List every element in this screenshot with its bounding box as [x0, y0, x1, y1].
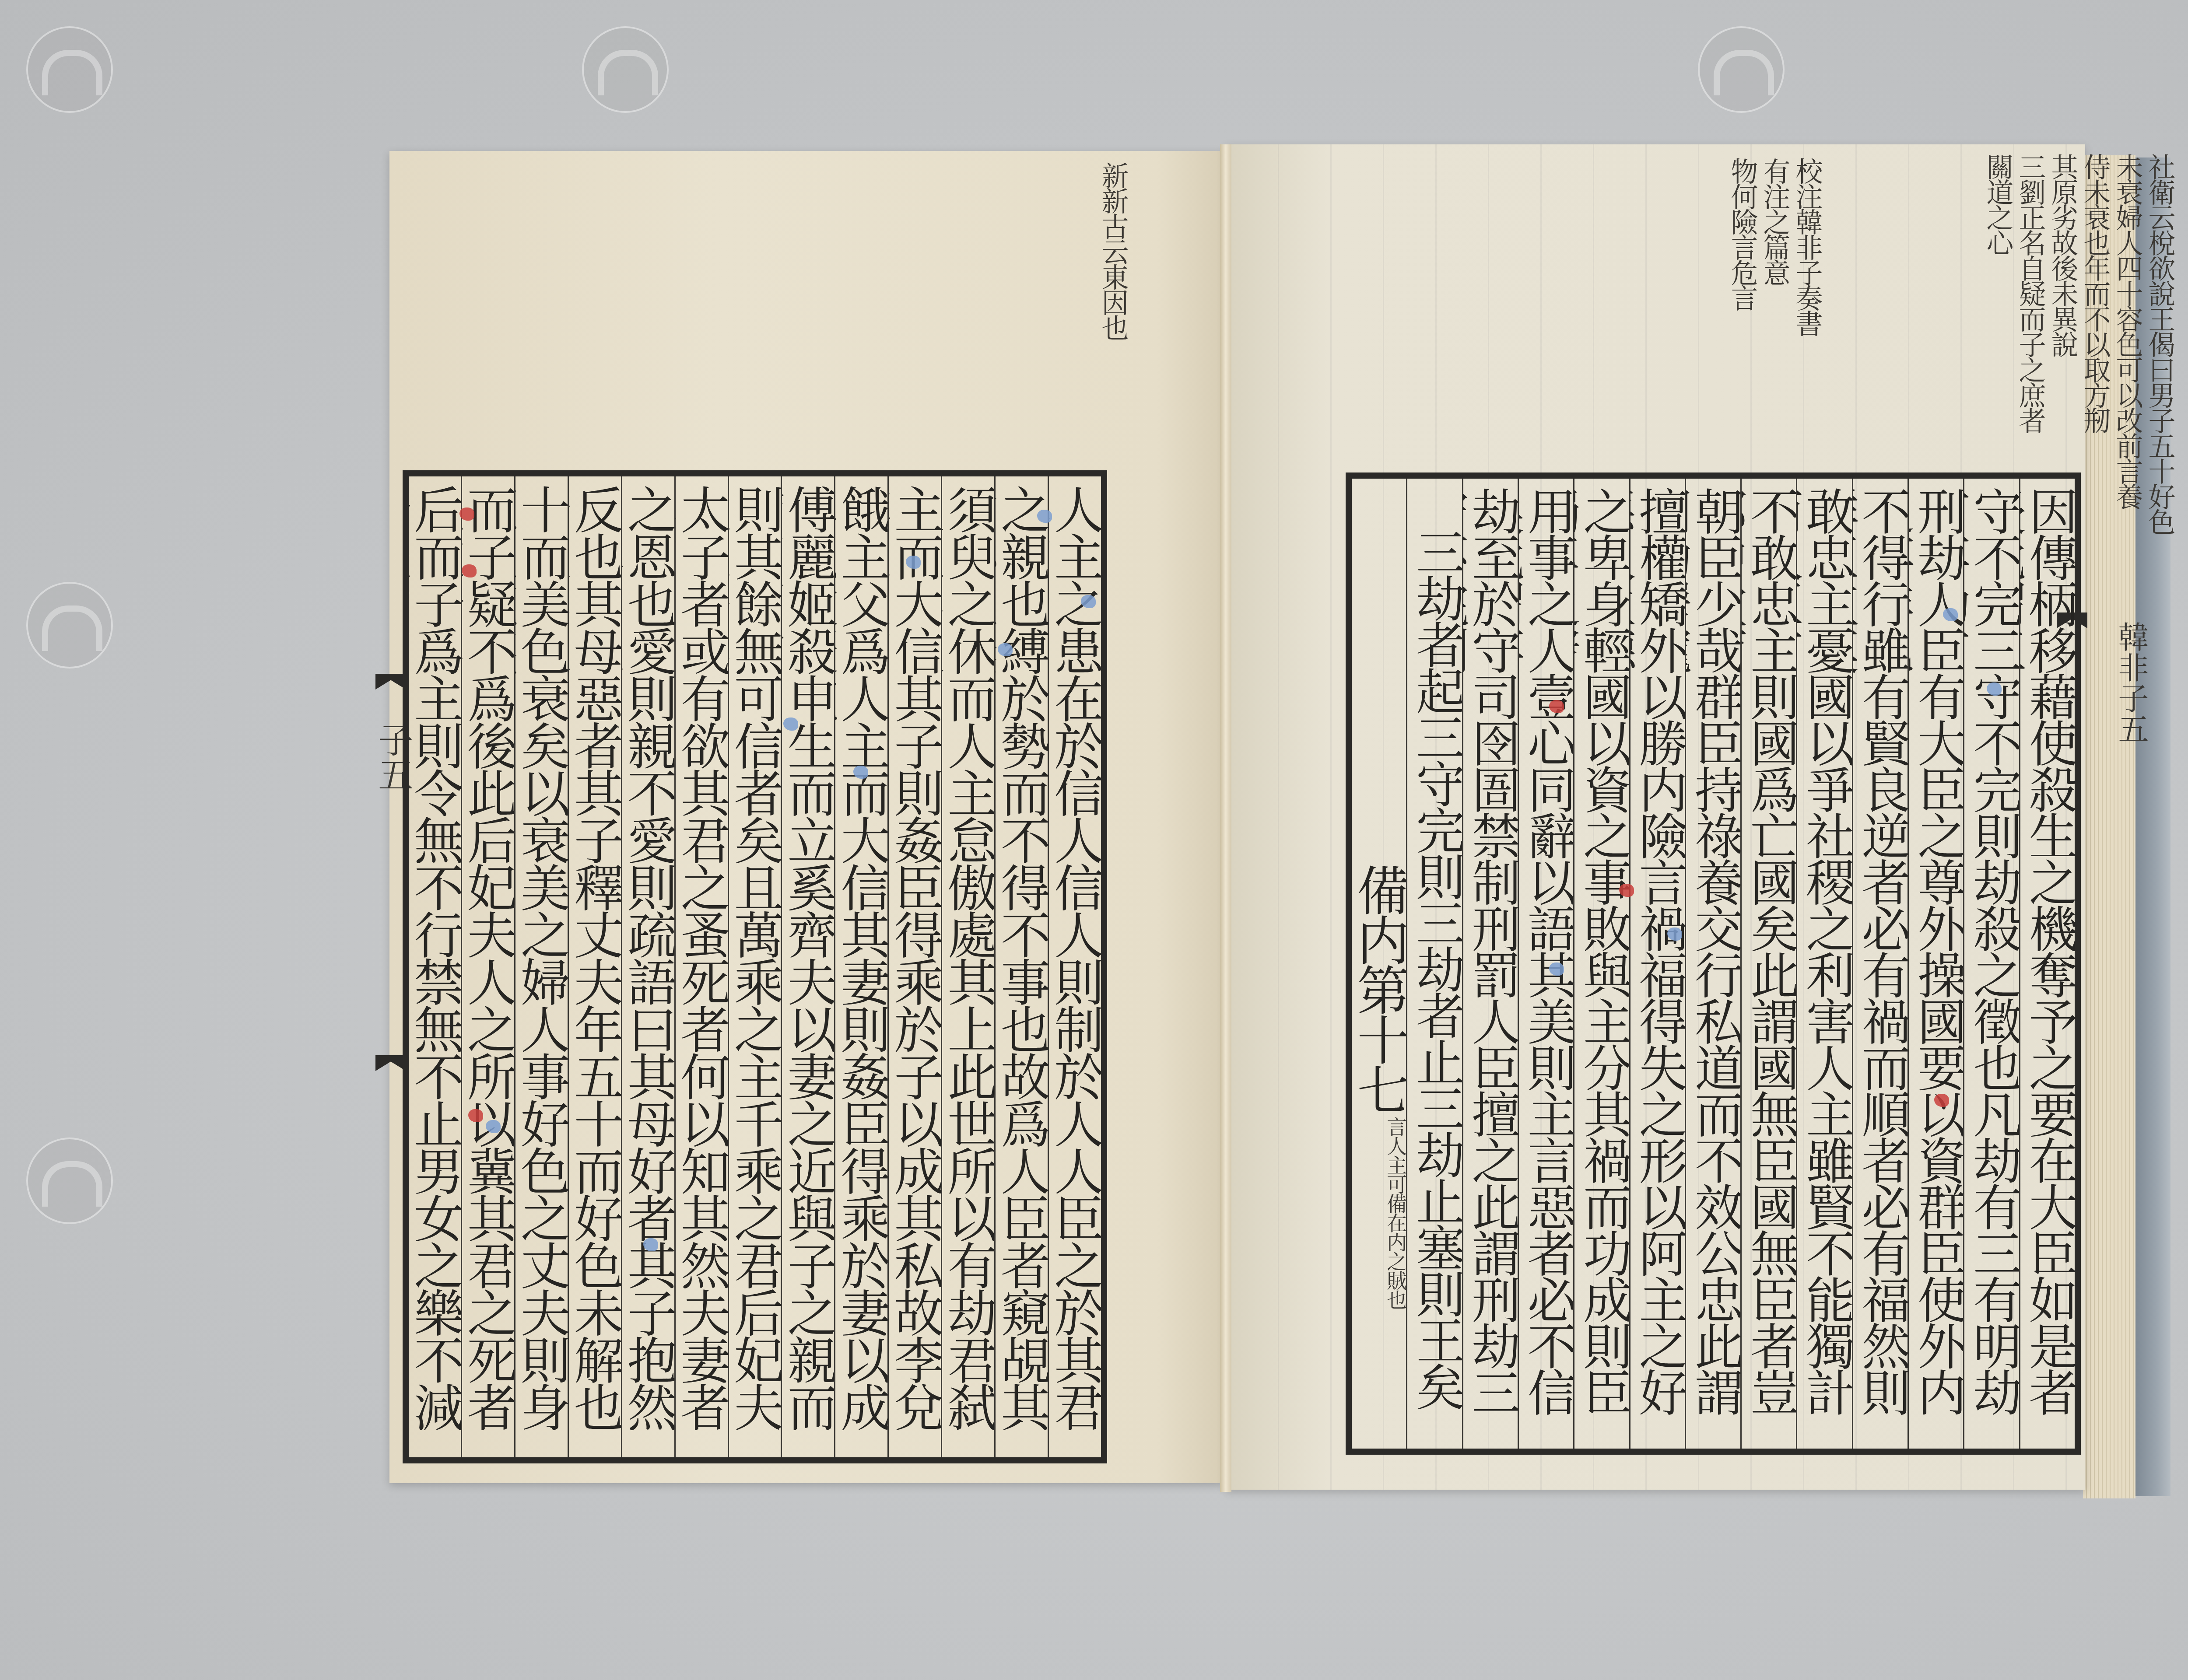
margin-note: 有注之篇意 [1761, 157, 1788, 335]
text-column: 而子疑不爲後此后妃夫人之所以冀其君之死者也唯母爲 [461, 476, 514, 1457]
blue-annotation-mark [906, 556, 921, 569]
text-column: 太子者或有欲其君之蚤死者何以知其然夫妻者非有骨肉 [674, 476, 728, 1457]
text-column: 則其餘無可信者矣且萬乘之主千乘之君后妃夫人適子爲 [728, 476, 781, 1457]
blue-annotation-mark [1549, 962, 1564, 976]
text-column: 朝臣少哉群臣持祿養交行私道而不效公忠此謂明劫鬻寵 [1685, 479, 1740, 1449]
text-column: 三劫者起三守完則三劫者止三劫止塞則王矣 [1406, 479, 1462, 1449]
watermark-logo-icon [26, 26, 113, 113]
text-column: 餓主父爲人主而大信其妻則姦臣得乘於妻以成其私故優施 [834, 476, 887, 1457]
watermark-logo-icon [26, 582, 113, 668]
right-edge-title: 韓非子五 [2109, 621, 2153, 744]
watermark-logo-icon [1698, 26, 1785, 113]
text-column: 刑劫人臣有大臣之尊外操國要以資群臣使外内之事非己 [1907, 479, 1963, 1449]
blue-annotation-mark [783, 717, 798, 731]
text-column: 后而子爲主則令無不行禁無不止男女之樂不減於先君而 [409, 476, 461, 1457]
text-column: 主而大信其子則姦臣得乘於子以成其私故李兌傅趙王而 [887, 476, 941, 1457]
text-column: 擅權矯外以勝内險言禍福得失之形以阿主之好惡人主聽 [1629, 479, 1685, 1449]
red-annotation-mark [459, 507, 474, 521]
right-text-columns: 因傳柄移藉使殺生之機奪予之要在大臣如是者侵此謂三 守不完三守不完則劫殺之徵也凡劫… [1352, 479, 2075, 1449]
chapter-heading-column: 備内第十七 言人主可備在内之賊也 [1352, 479, 1406, 1449]
blue-annotation-mark [853, 766, 868, 779]
right-margin-notes-edge: 宮本藉作籍古字通鄭玄注禮記曰 傳移也籍藉也因用柄籍也 殺生予奪之要者在大臣 罰之… [1943, 144, 2188, 500]
red-annotation-mark [462, 564, 477, 577]
text-column: 不得行雖有賢良逆者必有禍而順者必有福然則群臣直莫 [1852, 479, 1907, 1449]
text-column: 守不完三守不完則劫殺之徵也凡劫有三有明劫有事劫有 [1963, 479, 2019, 1449]
text-column: 傅麗姬殺申生而立奚齊夫以妻之近與子之親而猶不可信 [781, 476, 834, 1457]
red-annotation-mark [1934, 1094, 1949, 1107]
text-column: 十而美色衰矣以衰美之婦人事好色之丈夫則身死見疏賤 [514, 476, 568, 1457]
blue-annotation-mark [998, 643, 1013, 656]
margin-note: 物何險言危言 [1729, 157, 1756, 335]
watermark-logo-icon [582, 26, 669, 113]
blue-annotation-mark [1081, 595, 1096, 608]
blue-annotation-mark [1667, 927, 1682, 941]
blue-annotation-mark [1943, 608, 1958, 621]
text-column: 因傳柄移藉使殺生之機奪予之要在大臣如是者侵此謂三 [2019, 479, 2075, 1449]
right-margin-notes: 校注韓非子奏書 有注之篇意 物何險言危言 [1322, 157, 1820, 335]
text-column: 反也其母惡者其子釋丈夫年五十而好色未解也婦人年三 [568, 476, 621, 1457]
text-column: 敢忠主憂國以爭社稷之利害人主雖賢不能獨計而人臣有 [1796, 479, 1851, 1449]
chapter-heading: 備内第十七 [1352, 864, 1406, 1113]
blue-annotation-mark [1987, 682, 2002, 696]
text-column: 之恩也愛則親不愛則疏語曰其母好者其子抱然則其爲之 [621, 476, 674, 1457]
blue-annotation-mark [486, 1120, 501, 1133]
chapter-note: 言人主可備在内之賊也 [1352, 1116, 1406, 1309]
text-column: 不敢忠主則國爲亡國矣此謂國無臣國無臣者豈郎中虛而 [1740, 479, 1796, 1449]
left-text-columns: 人主之患在於信人信人則制於人人臣之於其君非有骨肉 之親也縛於勢而不得不事也故爲人… [409, 476, 1101, 1457]
blue-annotation-mark [643, 1238, 658, 1251]
left-margin-note-right: 新新古云東因也 [936, 162, 1126, 339]
red-annotation-mark [1549, 700, 1564, 713]
text-column: 用事之人壹心同辭以語其美則主言惡者必不信矣此謂事 [1518, 479, 1573, 1449]
text-column: 之親也縛於勢而不得不事也故爲人臣者窺覘其君心也無 [994, 476, 1048, 1457]
text-column: 人主之患在於信人信人則制於人人臣之於其君非有骨肉 [1048, 476, 1101, 1457]
red-annotation-mark [1619, 884, 1634, 897]
text-column: 劫至於守司囹圄禁制刑罰人臣擅之此謂刑劫三守不完則 [1462, 479, 1518, 1449]
blue-annotation-mark [1037, 510, 1052, 523]
margin-note: 新新古云東因也 [1099, 162, 1126, 339]
red-annotation-mark [468, 1109, 483, 1122]
text-column: 之卑身輕國以資之事敗與主分其禍而功成則臣獨專之諸 [1573, 479, 1629, 1449]
margin-note: 校注韓非子奏書 [1793, 157, 1820, 335]
text-column: 須臾之休而人主怠傲處其上此世所以有劫君弑主也爲人 [941, 476, 994, 1457]
watermark-logo-icon [26, 1137, 113, 1224]
